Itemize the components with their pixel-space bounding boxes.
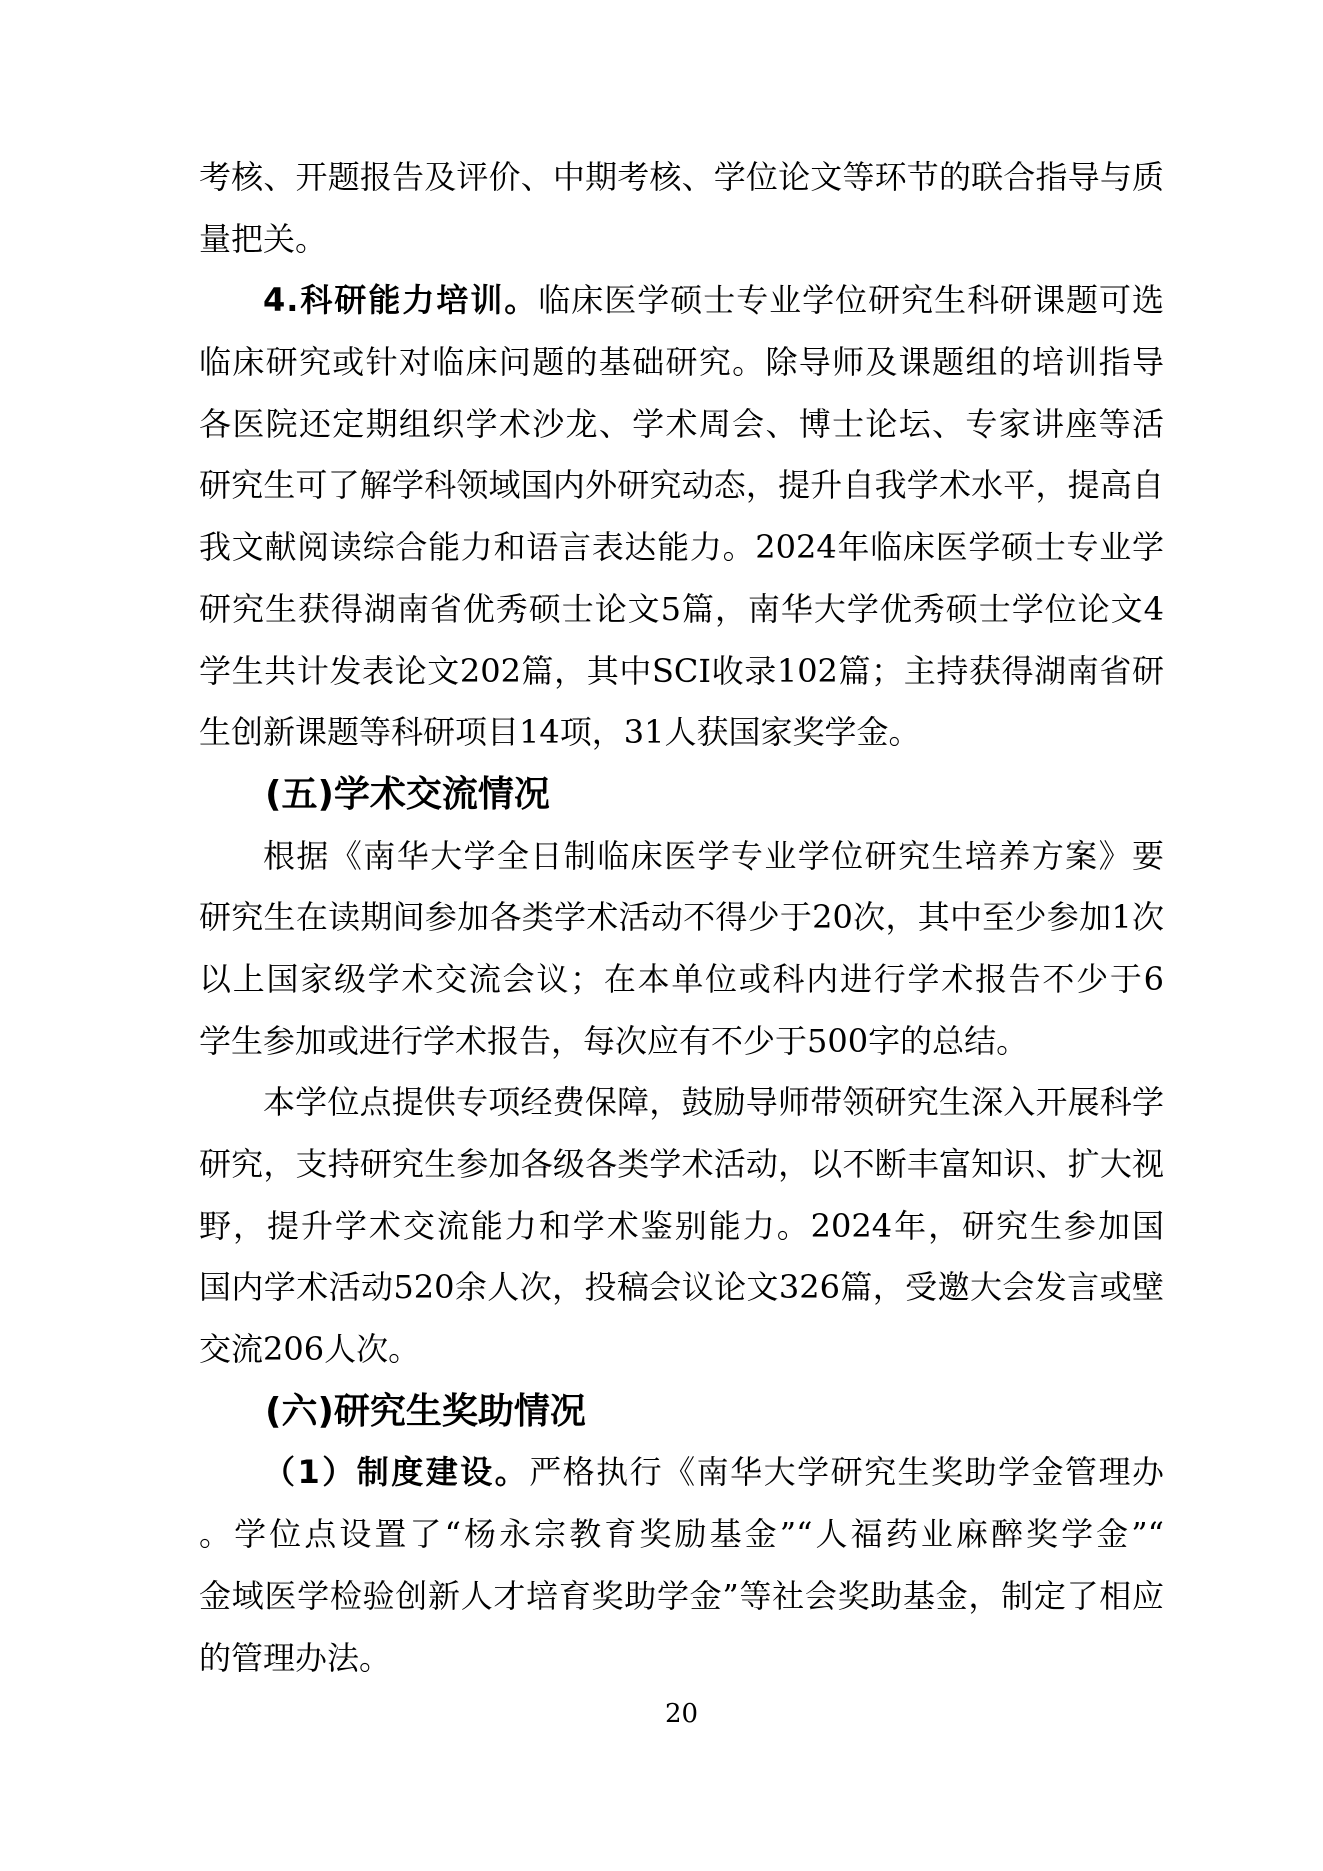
text-line: 研究生可了解学科领域国内外研究动态，提升自我学术水平，提高自 xyxy=(199,455,1164,517)
text-line: 生创新课题等科研项目14项，31人获国家奖学金。 xyxy=(199,702,1164,764)
text-line: 量把关。 xyxy=(199,209,1164,271)
section-heading-6: (六)研究生奖助情况 xyxy=(199,1381,1164,1443)
text-line: 金域医学检验创新人才培育奖助学金”等社会奖助基金，制定了相应 xyxy=(199,1566,1164,1628)
text-area: 考核、开题报告及评价、中期考核、学位论文等环节的联合指导与质 量把关。 4.科研… xyxy=(199,147,1164,1689)
run-in-heading: （1）制度建设。 xyxy=(263,1453,529,1491)
document-page: 考核、开题报告及评价、中期考核、学位论文等环节的联合指导与质 量把关。 4.科研… xyxy=(0,0,1323,1871)
page-number: 20 xyxy=(199,1694,1164,1734)
text-line: 。学位点设置了“杨永宗教育奖励基金”“人福药业麻醉奖学金”“ xyxy=(199,1504,1164,1566)
text-line: 学生共计发表论文202篇，其中SCI收录102篇；主持获得湖南省研究 xyxy=(199,641,1164,703)
text-line: 野，提升学术交流能力和学术鉴别能力。2024年，研究生参加国际、 xyxy=(199,1196,1164,1258)
text-line: 本学位点提供专项经费保障，鼓励导师带领研究生深入开展科学 xyxy=(199,1072,1164,1134)
text-line: 临床研究或针对临床问题的基础研究。除导师及课题组的培训指导外， xyxy=(199,332,1164,394)
run-in-heading: 4.科研能力培训。 xyxy=(263,281,538,319)
text-line: 研究生在读期间参加各类学术活动不得少于20次，其中至少参加1次 xyxy=(199,887,1164,949)
text-line: （1）制度建设。严格执行《南华大学研究生奖助学金管理办法》 xyxy=(199,1442,1164,1504)
section-heading-5: (五)学术交流情况 xyxy=(199,764,1164,826)
text-line: 研究，支持研究生参加各级各类学术活动，以不断丰富知识、扩大视 xyxy=(199,1134,1164,1196)
text-line: 以上国家级学术交流会议；在本单位或科内进行学术报告不少于6次， xyxy=(199,949,1164,1011)
text-line: 交流206人次。 xyxy=(199,1319,1164,1381)
text-line: 的管理办法。 xyxy=(199,1628,1164,1690)
text-line: 学生参加或进行学术报告，每次应有不少于500字的总结。 xyxy=(199,1011,1164,1073)
text-line: 我文献阅读综合能力和语言表达能力。2024年临床医学硕士专业学位 xyxy=(199,517,1164,579)
text-line: 考核、开题报告及评价、中期考核、学位论文等环节的联合指导与质 xyxy=(199,147,1164,209)
text-line: 各医院还定期组织学术沙龙、学术周会、博士论坛、专家讲座等活动， xyxy=(199,394,1164,456)
text-line: 4.科研能力培训。临床医学硕士专业学位研究生科研课题可选择 xyxy=(199,270,1164,332)
text-line: 根据《南华大学全日制临床医学专业学位研究生培养方案》要求， xyxy=(199,826,1164,888)
text-line: 国内学术活动520余人次，投稿会议论文326篇，受邀大会发言或壁报 xyxy=(199,1257,1164,1319)
text-line: 研究生获得湖南省优秀硕士论文5篇，南华大学优秀硕士学位论文4篇； xyxy=(199,579,1164,641)
